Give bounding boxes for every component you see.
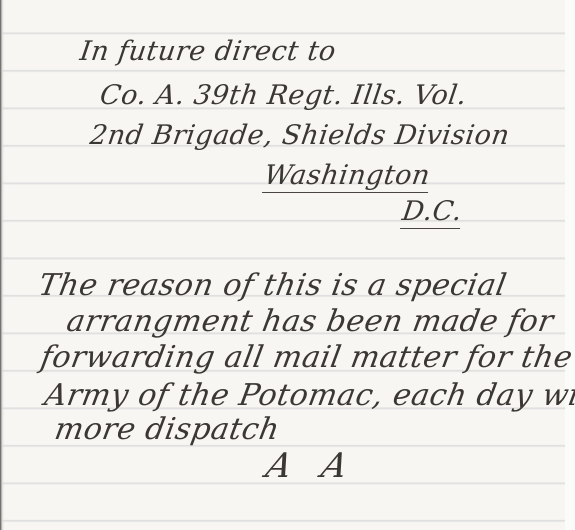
address-district: D.C.: [400, 196, 464, 229]
body-line-3: forwarding all mail matter for the: [38, 340, 575, 375]
body-line-5: more dispatch: [52, 412, 282, 447]
body-line-2: arrangment has been made for: [64, 304, 556, 339]
address-line-3: 2nd Brigade, Shields Division: [88, 120, 512, 151]
address-line-2: Co. A. 39th Regt. Ills. Vol.: [98, 80, 469, 111]
body-line-1: The reason of this is a special: [36, 268, 509, 303]
body-line-4: Army of the Potomac, each day with: [42, 378, 575, 413]
paper-edge: [565, 0, 575, 530]
address-line-1: In future direct to: [78, 36, 338, 67]
address-city: Washington: [262, 160, 432, 193]
signature-initials: A A: [262, 446, 362, 486]
